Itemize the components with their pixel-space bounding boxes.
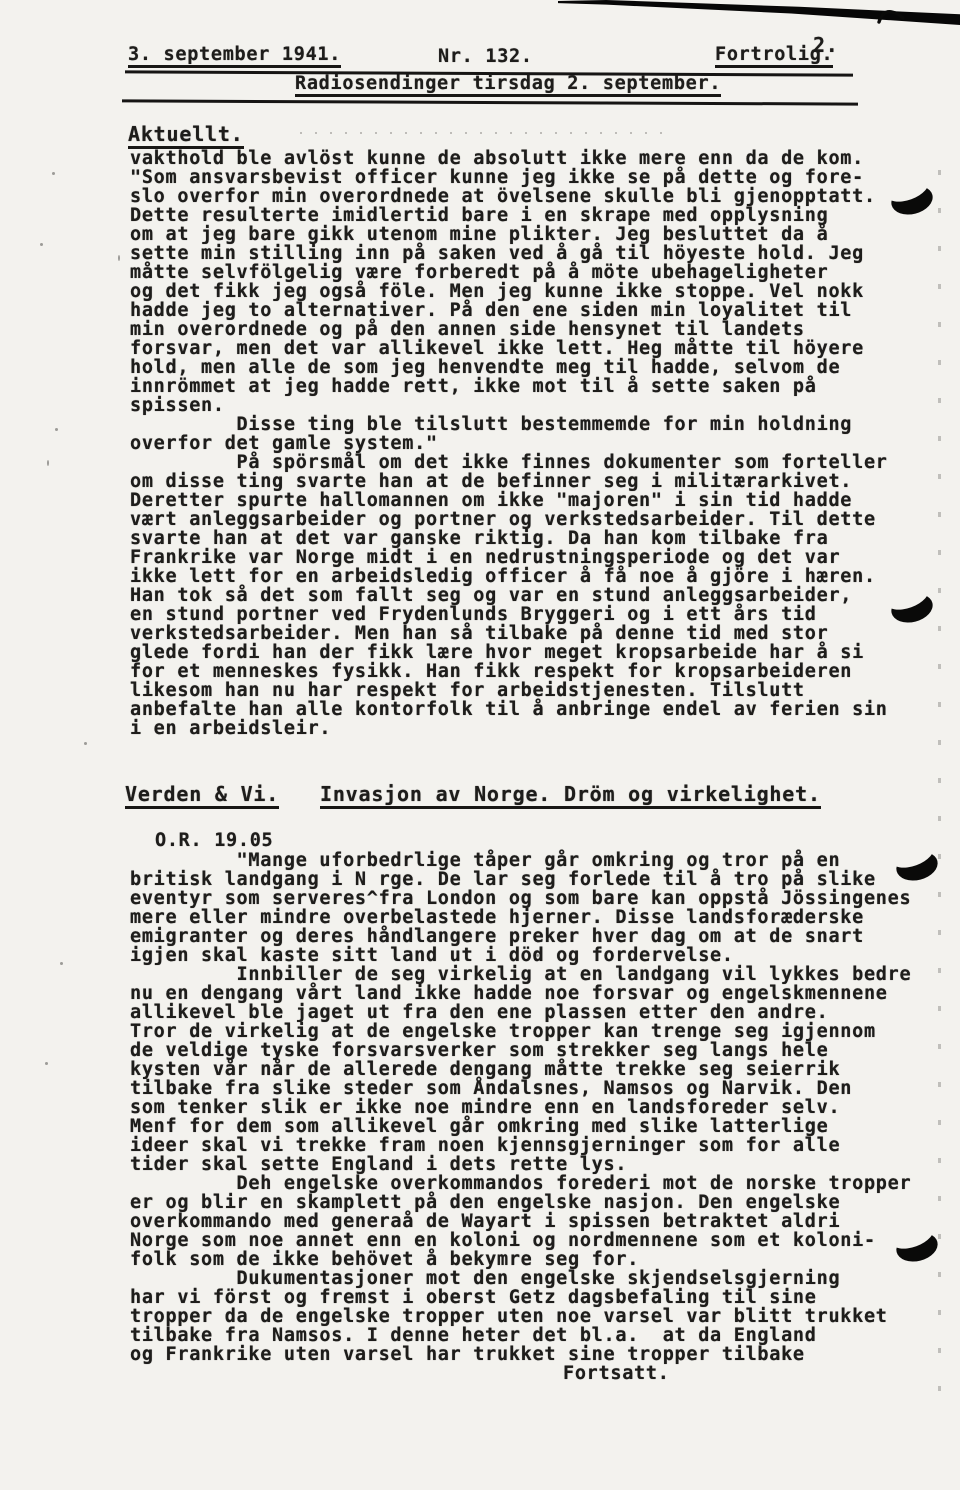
section-body-aktuellt: vakthold ble avlöst kunne de absolutt ik… [130, 149, 888, 738]
broadcast-time: O.R. 19.05 [155, 831, 273, 850]
scan-noise-column [938, 170, 941, 1410]
scan-speck [45, 1062, 48, 1065]
scan-speck [118, 255, 120, 261]
header-classification: Fortrolig. [715, 45, 833, 68]
header-subtitle: Radiosendinger tirsdag 2. september. [295, 74, 721, 97]
section-body-verden-vi: "Mange uforbedrlige tåper går omkring og… [130, 851, 911, 1364]
section-heading-invasjon: Invasjon av Norge. Dröm og virkelighet. [320, 783, 821, 809]
document-page: 2. 3. september 1941. Nr. 132. Fortrolig… [0, 0, 960, 1490]
header-date: 3. september 1941. [128, 45, 341, 68]
continuation-note: Fortsatt. [563, 1364, 670, 1383]
scan-ink-blob [896, 852, 938, 880]
scan-hook-mark [876, 6, 906, 26]
header-issue-number: Nr. 132. [438, 47, 533, 66]
scan-speck [536, 954, 539, 957]
header-rule-bottom [122, 99, 858, 105]
scan-ink-blob [896, 1233, 938, 1261]
scan-speck [84, 742, 87, 745]
scan-ink-blob [891, 186, 933, 214]
section-heading-verden-vi: Verden & Vi. [125, 783, 279, 809]
scan-speck [47, 460, 49, 466]
scan-speck [60, 962, 63, 965]
scan-speck [52, 172, 55, 175]
scan-dotted-trace [300, 132, 670, 134]
scan-speck [55, 428, 58, 431]
section-heading-aktuellt: Aktuellt. [128, 123, 244, 149]
scan-speck [40, 243, 43, 246]
scan-ink-blob [891, 594, 933, 622]
